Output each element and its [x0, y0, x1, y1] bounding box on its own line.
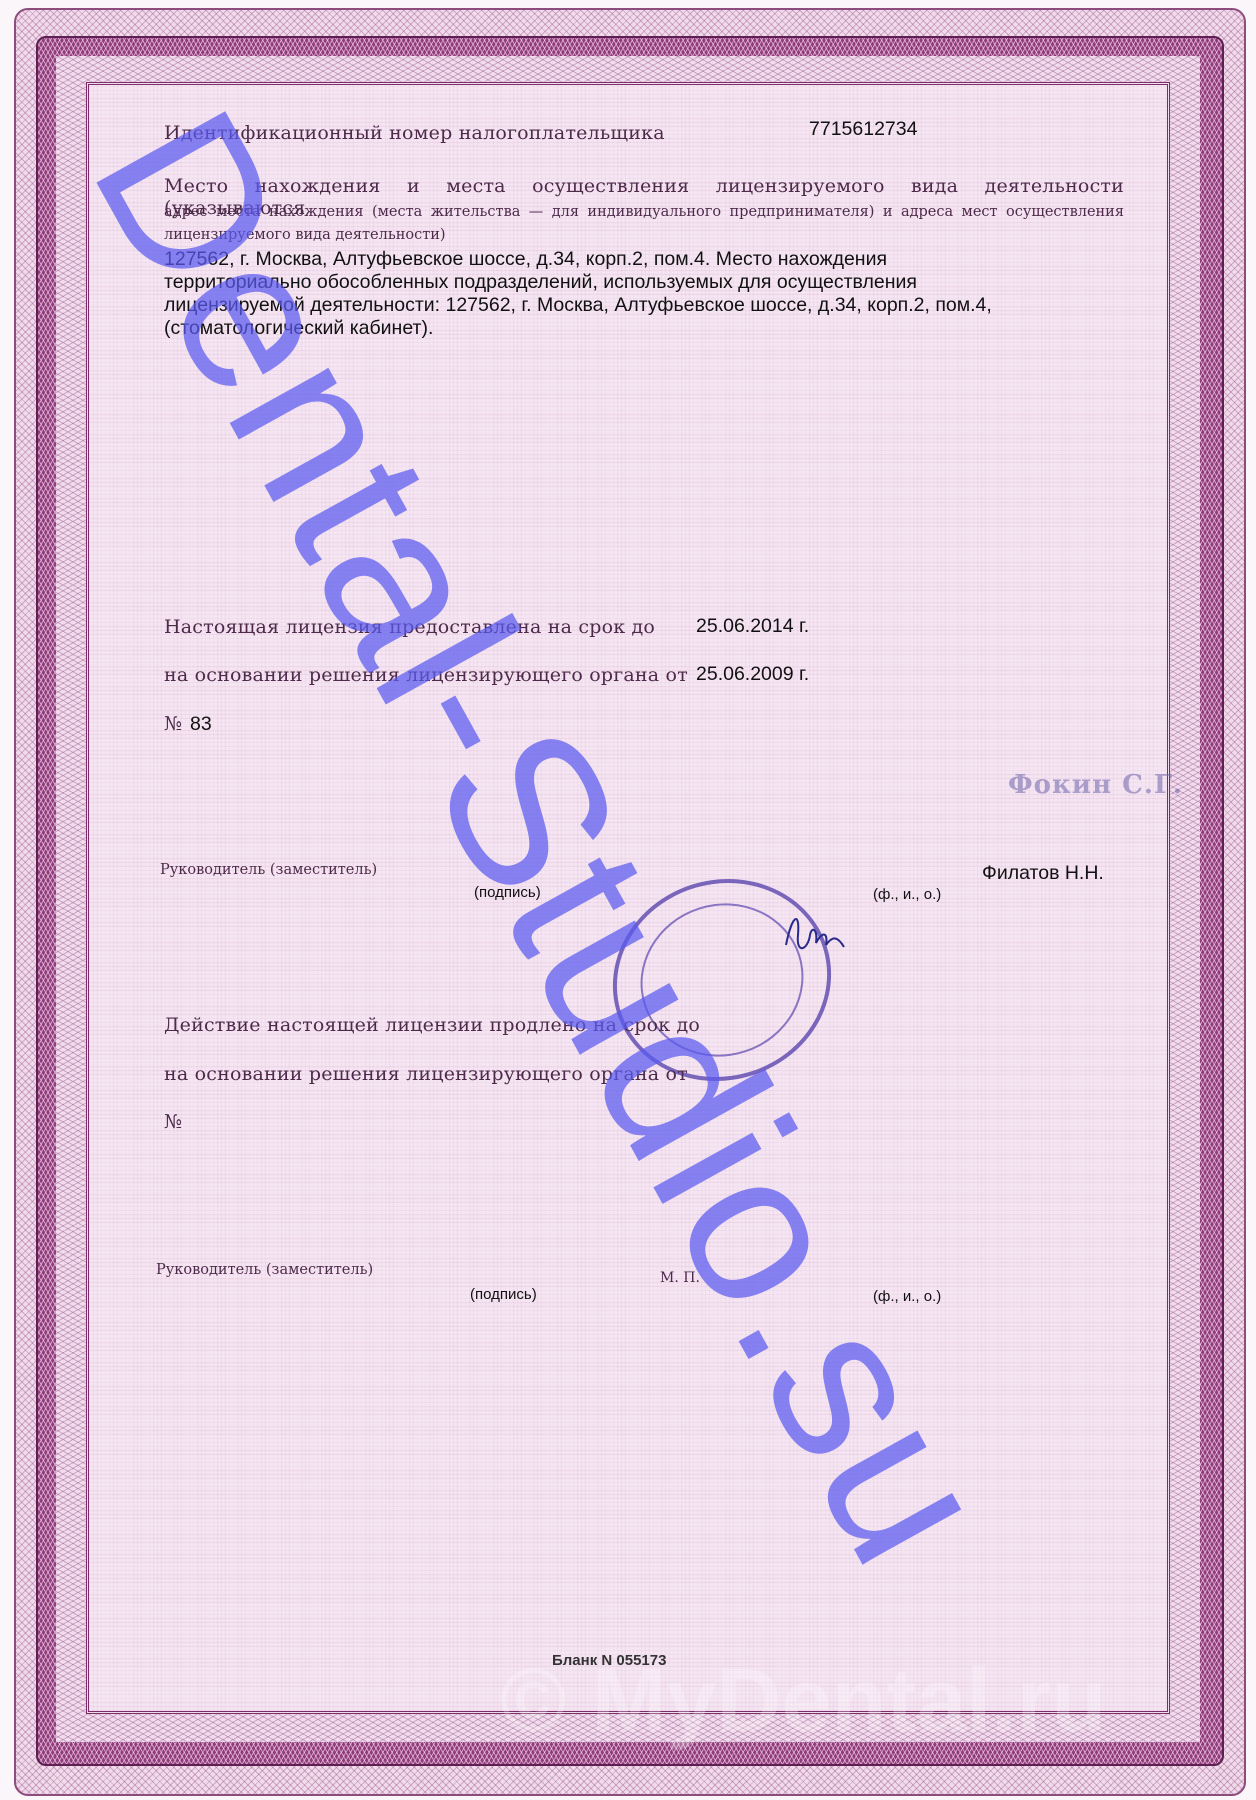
- head-name: Филатов Н.Н.: [982, 862, 1104, 885]
- location-note-line1: адрес места нахождения (места жительства…: [164, 204, 1124, 220]
- extension-basis-label: на основании решения лицензирующего орга…: [164, 1063, 688, 1085]
- seal2-label: М. П.: [660, 1270, 700, 1286]
- head2-label: Руководитель (заместитель): [156, 1262, 373, 1278]
- extension-number-sign: №: [164, 1111, 182, 1133]
- address-line-4: (стоматологический кабинет).: [164, 317, 433, 340]
- license-page: © MyDental.ru Идентификационный номер на…: [0, 0, 1256, 1800]
- fio-label: (ф., и., о.): [873, 886, 941, 903]
- signature2-label: (подпись): [470, 1286, 537, 1303]
- term-label: Настоящая лицензия предоставлена на срок…: [164, 616, 655, 638]
- address-line-1: 127562, г. Москва, Алтуфьевское шоссе, д…: [164, 248, 887, 271]
- extension-label: Действие настоящей лицензии продлено на …: [164, 1014, 700, 1036]
- license-number: 83: [190, 713, 212, 736]
- head-label: Руководитель (заместитель): [160, 862, 377, 878]
- facsimile-stamp-name: Фокин С.Г.: [1008, 770, 1183, 800]
- number-sign: №: [164, 713, 182, 735]
- fio2-label: (ф., и., о.): [873, 1288, 941, 1305]
- blank-number: Бланк N 055173: [552, 1652, 666, 1669]
- location-note-line2: лицензируемого вида деятельности): [164, 227, 446, 243]
- basis-label: на основании решения лицензирующего орга…: [164, 664, 688, 686]
- term-value: 25.06.2014 г.: [696, 615, 809, 638]
- signature-mark: [778, 905, 848, 965]
- inn-label: Идентификационный номер налогоплательщик…: [164, 122, 665, 144]
- address-line-2: территориально обособленных подразделени…: [164, 271, 917, 294]
- address-line-3: лицензируемой деятельности: 127562, г. М…: [164, 294, 992, 317]
- signature-label: (подпись): [474, 884, 541, 901]
- inn-value: 7715612734: [809, 118, 917, 141]
- basis-value: 25.06.2009 г.: [696, 663, 809, 686]
